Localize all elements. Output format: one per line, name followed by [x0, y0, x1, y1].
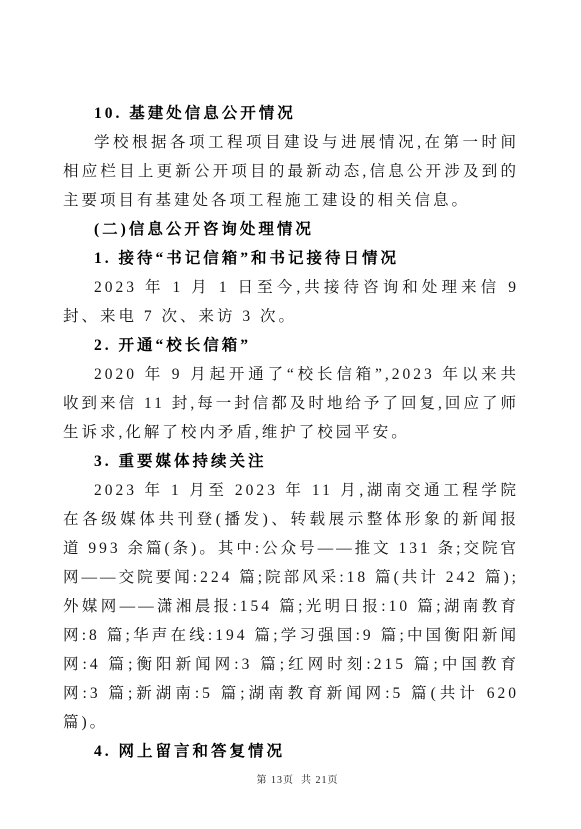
page-footer: 第 13页 共 21页	[0, 760, 581, 797]
heading-2-president-mailbox: 2. 开通“校长信箱”	[63, 331, 519, 360]
paragraph-media-coverage-stats: 2023 年 1 月至 2023 年 11 月,湖南交通工程学院在各级媒体共刊登…	[63, 476, 519, 737]
page-number-indicator: 第 13页 共 21页	[257, 775, 339, 786]
document-content: 10. 基建处信息公开情况 学校根据各项工程项目建设与进展情况,在第一时间相应栏…	[63, 99, 519, 766]
paragraph-capital-construction-info: 学校根据各项工程项目建设与进展情况,在第一时间相应栏目上更新公开项目的最新动态,…	[63, 128, 519, 215]
paragraph-secretary-mailbox-stats: 2023 年 1 月 1 日至今,共接待咨询和处理来信 9 封、来电 7 次、来…	[63, 273, 519, 331]
document-page: 10. 基建处信息公开情况 学校根据各项工程项目建设与进展情况,在第一时间相应栏…	[0, 0, 581, 829]
heading-section-2-consultation-handling: (二)信息公开咨询处理情况	[63, 215, 519, 244]
paragraph-president-mailbox-stats: 2020 年 9 月起开通了“校长信箱”,2023 年以来共收到来信 11 封,…	[63, 360, 519, 447]
heading-3-media-attention: 3. 重要媒体持续关注	[63, 447, 519, 476]
heading-1-secretary-mailbox: 1. 接待“书记信箱”和书记接待日情况	[63, 244, 519, 273]
heading-10-capital-construction-disclosure: 10. 基建处信息公开情况	[63, 99, 519, 128]
